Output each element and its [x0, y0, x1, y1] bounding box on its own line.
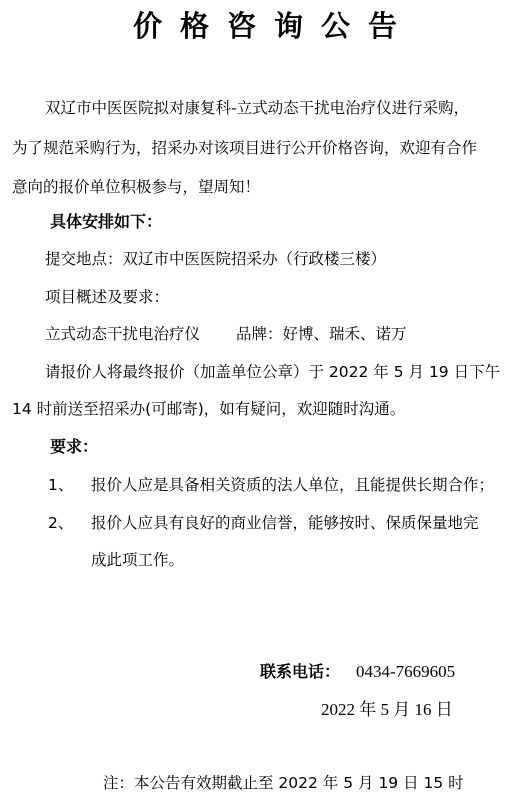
- deadline-line-1: 请报价人将最终报价（加盖单位公章）于 2022 年 5 月 19 日下午: [45, 362, 500, 382]
- validity-note: 注：本公告有效期截止至 2022 年 5 月 19 日 15 时: [103, 773, 464, 793]
- project-overview-label: 项目概述及要求：: [45, 287, 169, 307]
- intro-line-2: 为了规范采购行为，招采办对该项目进行公开价格咨询，欢迎有合作: [12, 138, 477, 158]
- requirement-1-number: 1、: [48, 475, 73, 495]
- announcement-date: 2022 年 5 月 16 日: [321, 700, 453, 720]
- deadline-line-2: 14 时前送至招采办(可邮寄)，如有疑问，欢迎随时沟通。: [12, 399, 405, 419]
- intro-line-1: 双辽市中医医院拟对康复科-立式动态干扰电治疗仪进行采购，: [45, 98, 469, 118]
- requirement-2-text: 报价人应具有良好的商业信誉，能够按时、保质保量地完: [91, 513, 479, 533]
- intro-line-3: 意向的报价单位积极参与，望周知！: [12, 177, 260, 197]
- arrangement-heading: 具体安排如下：: [50, 212, 162, 232]
- product-brands: 品牌：好博、瑞禾、诺万: [236, 324, 407, 344]
- submit-location: 提交地点：双辽市中医医院招采办（行政楼三楼）: [45, 249, 386, 269]
- contact-phone: 0434-7669605: [356, 662, 455, 682]
- product-name: 立式动态干扰电治疗仪: [45, 324, 200, 344]
- contact-label: 联系电话：: [260, 662, 340, 682]
- requirements-heading: 要求：: [50, 437, 98, 457]
- page-title: 价格咨询公告: [0, 8, 530, 44]
- requirement-2-number: 2、: [48, 513, 73, 533]
- requirement-1-text: 报价人应是具备相关资质的法人单位，且能提供长期合作；: [91, 475, 494, 495]
- requirement-2-continuation: 成此项工作。: [91, 550, 184, 570]
